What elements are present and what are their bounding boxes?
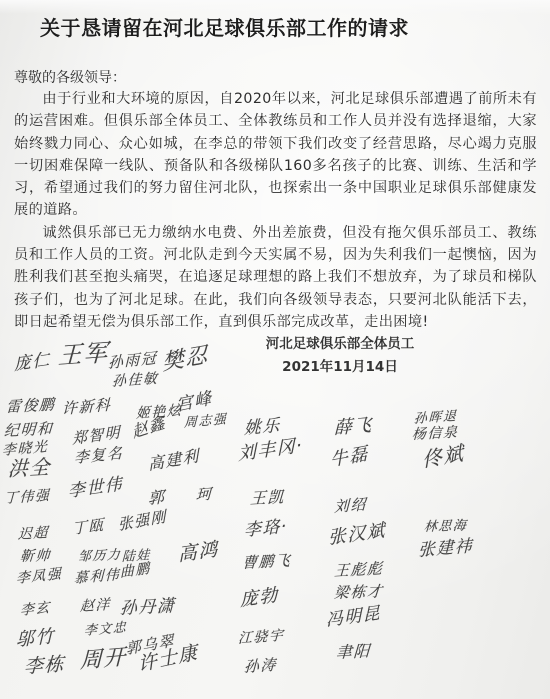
handwritten-signature: 赵洋: [80, 594, 112, 616]
signoff-organization: 河北足球俱乐部全体员工: [250, 333, 430, 355]
handwritten-signature: 高鸿: [178, 534, 220, 567]
handwritten-signature: 李凤强: [16, 563, 62, 588]
handwritten-signature: 江骁宇: [238, 625, 285, 648]
paragraph-2: 诚然俱乐部已无力缴纳水电费、外出差旅费，但没有拖欠俱乐部员工、教练员和工作人员的…: [14, 222, 537, 333]
handwritten-signature: 周开: [80, 640, 127, 675]
handwritten-signature: 庞仁: [14, 345, 52, 375]
handwritten-signature: 牛磊: [329, 439, 369, 472]
handwritten-signature: 李栋: [24, 649, 66, 679]
handwritten-signature: 李复名: [74, 442, 123, 468]
signoff-block: 河北足球俱乐部全体员工 2021年11月14日: [250, 333, 430, 379]
handwritten-signature: 佟斌: [421, 436, 465, 473]
handwritten-signature: 许士康: [137, 637, 200, 677]
handwritten-signature: 刘绍: [334, 493, 367, 517]
handwritten-signature: 郑智明: [72, 421, 122, 449]
handwritten-signature: 李文忠: [84, 616, 128, 639]
handwritten-signature: 李玄: [20, 597, 51, 620]
handwritten-signature: 郭乌翠: [125, 629, 175, 659]
handwritten-signature: 曹鹏飞: [241, 549, 292, 573]
handwritten-signature: 王彪彪: [333, 557, 384, 581]
signoff-date: 2021年11月14日: [250, 355, 430, 379]
handwritten-signature: 王凯: [249, 484, 285, 509]
handwritten-signature: 珂: [196, 483, 213, 505]
handwritten-signature: 李珞·: [244, 511, 288, 541]
handwritten-signature: 丁伟强: [4, 485, 51, 508]
handwritten-signature: 刘丰冈·: [238, 431, 304, 466]
handwritten-signature: 赵鑫: [130, 409, 168, 442]
paragraph-1: 由于行业和大环境的原因，自2020年以来，河北足球俱乐部遭遇了前所未有的运营困难…: [14, 88, 537, 222]
handwritten-signature: 孙丹潇: [119, 591, 176, 619]
salutation-line: 尊敬的各级领导：: [14, 67, 126, 87]
handwritten-signature: 陆娃: [122, 544, 152, 565]
handwritten-signature: 丁瓯: [72, 513, 105, 539]
handwritten-signature: 孙佳敏: [112, 368, 159, 391]
handwritten-signature: 梁栋才: [333, 580, 384, 603]
handwritten-signature: 张强刚: [117, 505, 167, 535]
handwritten-signature: 聿阳: [335, 638, 371, 663]
handwritten-signature: 李晓光: [2, 436, 49, 460]
handwritten-signature: 王军: [57, 332, 109, 371]
handwritten-signature: 冯明昆: [326, 598, 382, 631]
handwritten-signature: 郭: [148, 484, 165, 509]
handwritten-signature: 慕利伟: [74, 564, 121, 588]
handwritten-signature: 纪明和: [3, 417, 54, 441]
handwritten-signature: 邹历力: [78, 544, 122, 565]
handwritten-signature: 周志强: [184, 408, 228, 431]
handwritten-signature: 庞勃: [240, 581, 280, 613]
handwritten-signature: 迟超: [18, 522, 50, 544]
handwritten-signature: 杨信泉: [411, 422, 458, 445]
handwritten-signature: 林思海: [423, 514, 468, 535]
handwritten-signature: 靳帅: [19, 545, 51, 566]
handwritten-signature: 许新科: [62, 394, 112, 419]
handwritten-signature: 曲鹏: [120, 558, 151, 582]
handwritten-signature: 姚乐: [244, 411, 281, 439]
handwritten-signature: 张建祎: [418, 531, 474, 561]
handwritten-signature: 高建利: [147, 443, 200, 475]
handwritten-signature: 雷俊鹏: [5, 393, 56, 417]
handwritten-signature: 孙涛: [244, 654, 278, 677]
handwritten-signature: 姬艳炫: [136, 400, 183, 423]
handwritten-signature: 孙晖退: [414, 405, 458, 427]
document-page: 关于恳请留在河北足球俱乐部工作的请求 尊敬的各级领导： 由于行业和大环境的原因，…: [0, 0, 550, 699]
handwritten-signature: 张汉斌: [328, 516, 387, 550]
handwritten-signature: 樊忍: [161, 338, 209, 377]
document-title: 关于恳请留在河北足球俱乐部工作的请求: [40, 12, 409, 41]
handwritten-signature: 孙雨冠: [108, 347, 157, 373]
handwritten-signature: 邬竹: [16, 622, 55, 652]
letter-body: 由于行业和大环境的原因，自2020年以来，河北足球俱乐部遭遇了前所未有的运营困难…: [14, 88, 537, 333]
handwritten-signature: 李世伟: [68, 469, 124, 502]
handwritten-signature: 宫峰: [175, 383, 214, 416]
handwritten-signature: 洪全: [7, 451, 51, 482]
handwritten-signature: 薛飞: [334, 411, 373, 441]
